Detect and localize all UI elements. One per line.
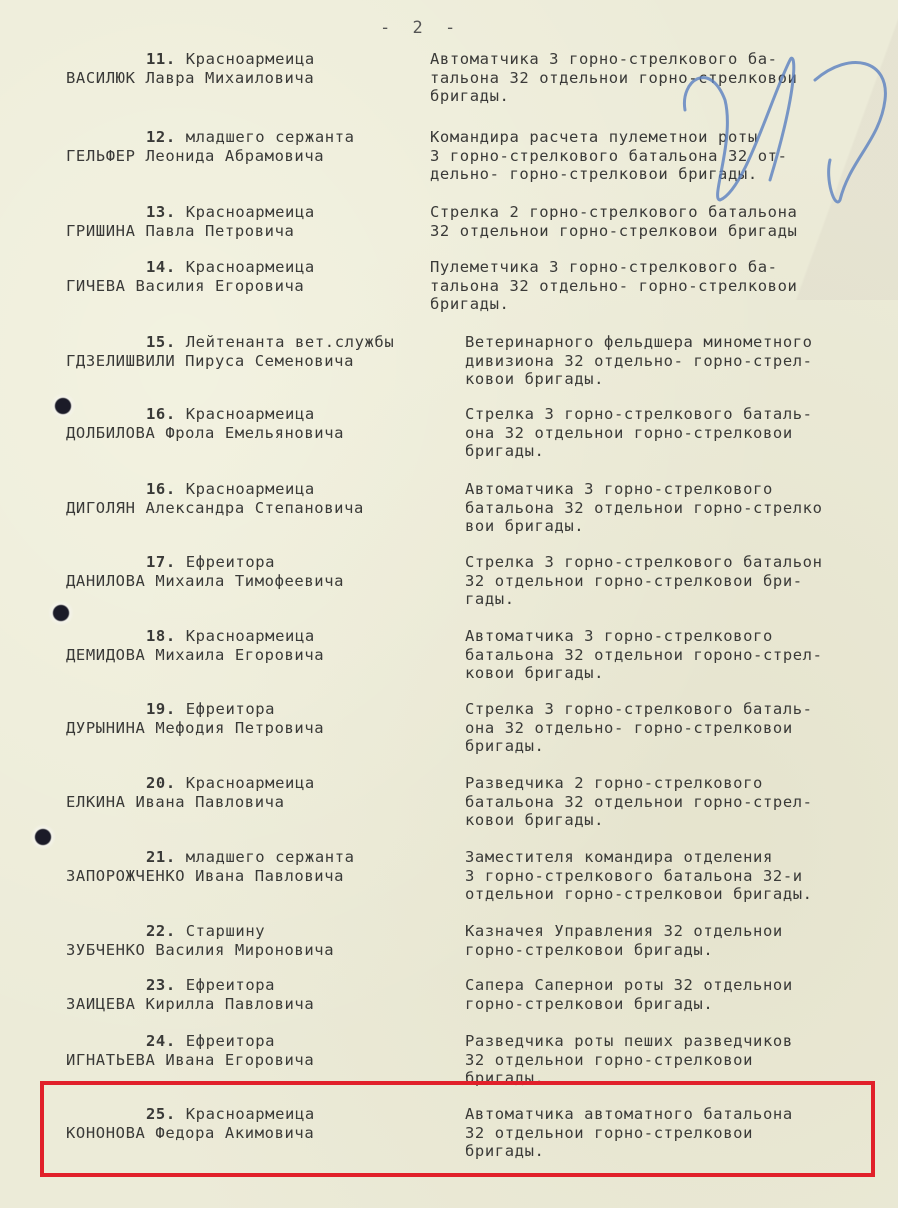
rank-line: 14. Красноармеица bbox=[66, 258, 446, 277]
rank-text: Красноармеица bbox=[176, 774, 315, 792]
person-block: 20. КрасноармеицаЕЛКИНА Ивана Павловича bbox=[66, 774, 446, 812]
position-description: Ветеринарного фельдшера минометного диви… bbox=[465, 333, 813, 389]
position-description: Командира расчета пулеметнои роты 3 горн… bbox=[430, 128, 788, 184]
rank-text: младшего сержанта bbox=[176, 128, 355, 146]
document-page: - 2 - 11. КрасноармеицаВАСИЛЮК Лавра Мих… bbox=[0, 0, 898, 1208]
person-name: ВАСИЛЮК Лавра Михаиловича bbox=[66, 69, 446, 88]
rank-line: 17. Ефреитора bbox=[66, 553, 446, 572]
rank-text: Красноармеица bbox=[176, 203, 315, 221]
person-block: 14. КрасноармеицаГИЧЕВА Василия Егорович… bbox=[66, 258, 446, 296]
person-block: 21. младшего сержантаЗАПОРОЖЧЕНКО Ивана … bbox=[66, 848, 446, 886]
person-name: ГИЧЕВА Василия Егоровича bbox=[66, 277, 446, 296]
rank-line: 21. младшего сержанта bbox=[66, 848, 446, 867]
person-name: ГЕЛЬФЕР Леонида Абрамовича bbox=[66, 147, 446, 166]
person-block: 11. КрасноармеицаВАСИЛЮК Лавра Михаилови… bbox=[66, 50, 446, 88]
rank-line: 18. Красноармеица bbox=[66, 627, 446, 646]
rank-text: младшего сержанта bbox=[176, 848, 355, 866]
rank-text: Ефреитора bbox=[176, 1032, 275, 1050]
rank-text: Красноармеица bbox=[176, 50, 315, 68]
paper-corner-fold bbox=[778, 0, 898, 300]
person-block: 13. КрасноармеицаГРИШИНА Павла Петровича bbox=[66, 203, 446, 241]
rank-text: Красноармеица bbox=[176, 405, 315, 423]
position-description: Стрелка 3 горно-стрелкового батальон 32 … bbox=[465, 553, 823, 609]
entry-number: 13. bbox=[146, 203, 176, 221]
rank-line: 16. Красноармеица bbox=[66, 480, 446, 499]
position-description: Заместителя командира отделения 3 горно-… bbox=[465, 848, 813, 904]
entry-number: 19. bbox=[146, 700, 176, 718]
person-name: ГДЗЕЛИШВИЛИ Пируса Семеновича bbox=[66, 352, 446, 371]
position-description: Стрелка 3 горно-стрелкового баталь- она … bbox=[465, 700, 813, 756]
person-name: ДИГОЛЯН Александра Степановича bbox=[66, 499, 446, 518]
person-name: ДОЛБИЛОВА Фрола Емельяновича bbox=[66, 424, 446, 443]
person-name: ИГНАТЬЕВА Ивана Егоровича bbox=[66, 1051, 446, 1070]
rank-text: Ефреитора bbox=[176, 700, 275, 718]
person-block: 16. КрасноармеицаДОЛБИЛОВА Фрола Емельян… bbox=[66, 405, 446, 443]
person-name: ЕЛКИНА Ивана Павловича bbox=[66, 793, 446, 812]
rank-line: 15. Лейтенанта вет.службы bbox=[66, 333, 446, 352]
entry-number: 16. bbox=[146, 480, 176, 498]
position-description: Автоматчика 3 горно-стрелкового ба- таль… bbox=[430, 50, 797, 106]
rank-line: 22. Старшину bbox=[66, 922, 446, 941]
punch-hole bbox=[50, 393, 76, 419]
person-name: ДЕМИДОВА Михаила Егоровича bbox=[66, 646, 446, 665]
person-name: ДАНИЛОВА Михаила Тимофеевича bbox=[66, 572, 446, 591]
entry-number: 15. bbox=[146, 333, 176, 351]
entry-number: 23. bbox=[146, 976, 176, 994]
rank-line: 12. младшего сержанта bbox=[66, 128, 446, 147]
rank-text: Красноармеица bbox=[176, 627, 315, 645]
position-description: Стрелка 3 горно-стрелкового баталь- она … bbox=[465, 405, 813, 461]
punch-hole bbox=[48, 600, 74, 626]
position-description: Стрелка 2 горно-стрелкового батальона 32… bbox=[430, 203, 797, 240]
rank-line: 16. Красноармеица bbox=[66, 405, 446, 424]
entry-number: 14. bbox=[146, 258, 176, 276]
person-block: 16. КрасноармеицаДИГОЛЯН Александра Степ… bbox=[66, 480, 446, 518]
person-block: 19. ЕфреитораДУРЫНИНА Мефодия Петровича bbox=[66, 700, 446, 738]
rank-text: Ефреитора bbox=[176, 976, 275, 994]
page-number: - 2 - bbox=[380, 18, 461, 38]
rank-text: Красноармеица bbox=[176, 258, 315, 276]
entry-number: 11. bbox=[146, 50, 176, 68]
position-description: Казначея Управления 32 отдельнои горно-с… bbox=[465, 922, 783, 959]
entry-number: 16. bbox=[146, 405, 176, 423]
entry-number: 20. bbox=[146, 774, 176, 792]
person-block: 15. Лейтенанта вет.службыГДЗЕЛИШВИЛИ Пир… bbox=[66, 333, 446, 371]
entry-number: 17. bbox=[146, 553, 176, 571]
rank-text: Красноармеица bbox=[176, 480, 315, 498]
position-description: Автоматчика 3 горно-стрелкового батальон… bbox=[465, 480, 823, 536]
entry-number: 18. bbox=[146, 627, 176, 645]
person-name: ДУРЫНИНА Мефодия Петровича bbox=[66, 719, 446, 738]
person-block: 22. СтаршинуЗУБЧЕНКО Василия Мироновича bbox=[66, 922, 446, 960]
entry-number: 21. bbox=[146, 848, 176, 866]
entry-number: 24. bbox=[146, 1032, 176, 1050]
person-block: 17. ЕфреитораДАНИЛОВА Михаила Тимофеевич… bbox=[66, 553, 446, 591]
rank-text: Старшину bbox=[176, 922, 265, 940]
position-description: Разведчика 2 горно-стрелкового батальона… bbox=[465, 774, 813, 830]
rank-line: 23. Ефреитора bbox=[66, 976, 446, 995]
person-name: ЗУБЧЕНКО Василия Мироновича bbox=[66, 941, 446, 960]
person-block: 18. КрасноармеицаДЕМИДОВА Михаила Егоров… bbox=[66, 627, 446, 665]
person-name: ЗАИЦЕВА Кирилла Павловича bbox=[66, 995, 446, 1014]
person-block: 12. младшего сержантаГЕЛЬФЕР Леонида Абр… bbox=[66, 128, 446, 166]
entry-number: 22. bbox=[146, 922, 176, 940]
rank-line: 24. Ефреитора bbox=[66, 1032, 446, 1051]
person-block: 24. ЕфреитораИГНАТЬЕВА Ивана Егоровича bbox=[66, 1032, 446, 1070]
position-description: Разведчика роты пеших разведчиков 32 отд… bbox=[465, 1032, 793, 1088]
position-description: Автоматчика 3 горно-стрелкового батальон… bbox=[465, 627, 823, 683]
highlight-box bbox=[40, 1081, 875, 1177]
position-description: Пулеметчика 3 горно-стрелкового ба- таль… bbox=[430, 258, 797, 314]
person-name: ГРИШИНА Павла Петровича bbox=[66, 222, 446, 241]
punch-hole bbox=[30, 824, 56, 850]
person-name: ЗАПОРОЖЧЕНКО Ивана Павловича bbox=[66, 867, 446, 886]
rank-text: Лейтенанта вет.службы bbox=[176, 333, 395, 351]
position-description: Сапера Сапернои роты 32 отдельнои горно-… bbox=[465, 976, 793, 1013]
rank-line: 13. Красноармеица bbox=[66, 203, 446, 222]
rank-line: 20. Красноармеица bbox=[66, 774, 446, 793]
person-block: 23. ЕфреитораЗАИЦЕВА Кирилла Павловича bbox=[66, 976, 446, 1014]
rank-line: 19. Ефреитора bbox=[66, 700, 446, 719]
rank-line: 11. Красноармеица bbox=[66, 50, 446, 69]
rank-text: Ефреитора bbox=[176, 553, 275, 571]
entry-number: 12. bbox=[146, 128, 176, 146]
